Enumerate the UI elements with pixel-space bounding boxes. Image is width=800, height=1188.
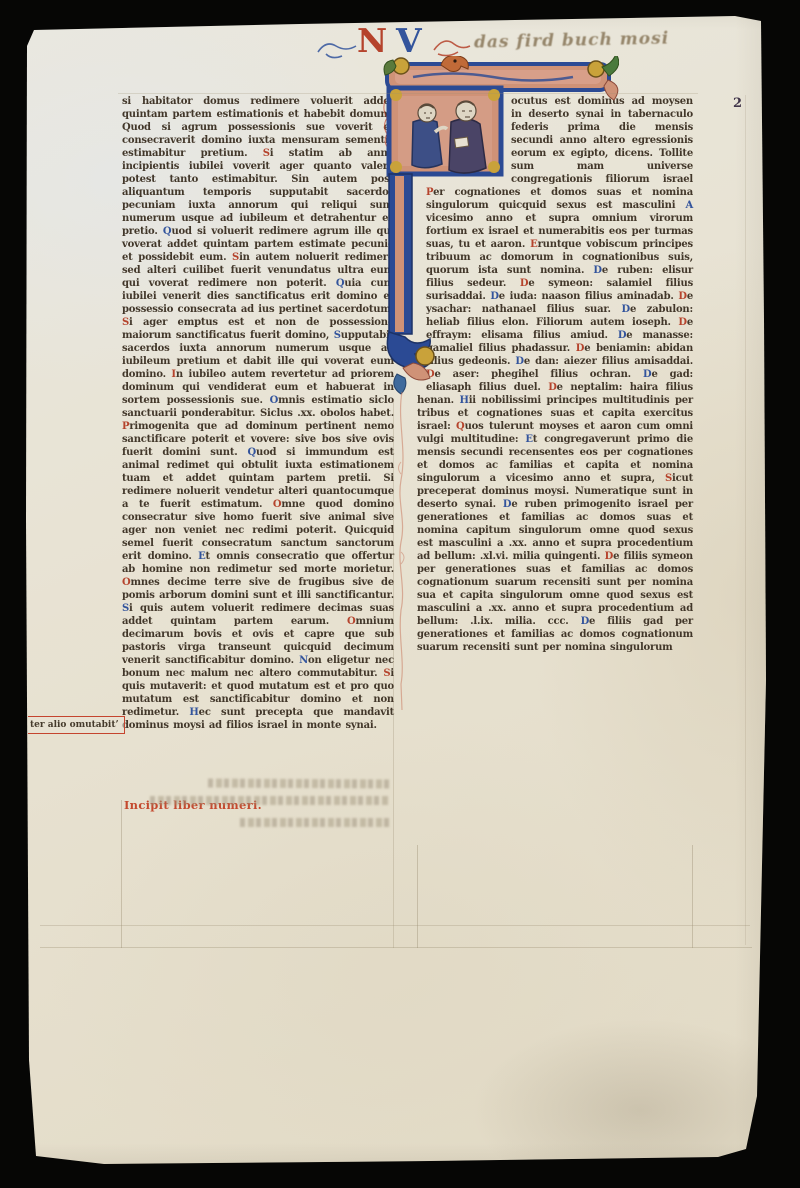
marginal-note-text: ter alio omutabit’ [30,720,119,730]
verse-text: Omnes decime terre sive de frugibus sive… [122,577,394,601]
running-title-letter-left: N [357,24,387,58]
ruling-line [417,845,418,948]
verse-text: Si statim ab anno incipientis iubilei vo… [122,148,394,237]
ruling-line [393,400,394,948]
blue-penwork-flourish-icon [316,40,358,62]
manuscript-leaf: N V das fird buch mosi 2 si habitator do… [0,0,800,1188]
penwork-tail-flourish-icon [394,392,410,712]
ruling-line [40,925,750,926]
photo-background: N V das fird buch mosi 2 si habitator do… [0,0,800,1188]
ruling-line [40,947,752,948]
ruling-line [118,93,698,94]
showthrough-text [150,796,388,805]
ruling-line [745,95,746,945]
showthrough-text [240,818,390,827]
cursive-title-inscription: das fird buch mosi [474,27,724,52]
showthrough-text [208,779,390,789]
running-title-letter-right: V [396,24,422,58]
illuminated-initial-L-icon [383,56,619,401]
ruling-line [692,845,693,948]
left-text-column: si habitator domus redimere voluerit add… [122,95,394,732]
marginal-correction-note: ter alio omutabit’ [28,716,125,734]
folio-number: 2 [733,96,742,111]
